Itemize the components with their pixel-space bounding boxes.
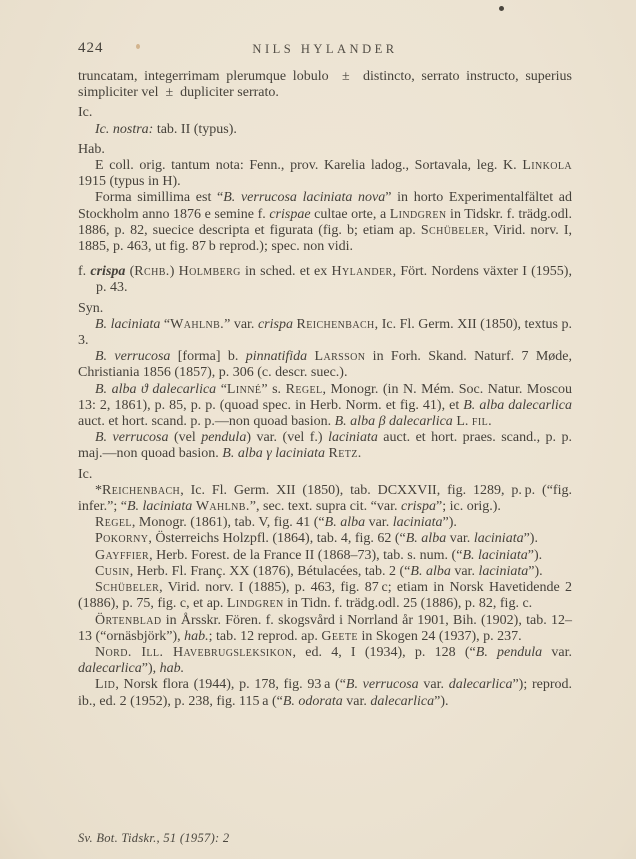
smallcaps-name: Wahlnb.	[196, 499, 250, 514]
smallcaps-name: Linkola	[522, 158, 572, 173]
smallcaps-name: Pokorny	[95, 531, 148, 546]
smallcaps-name: Schübeler	[421, 223, 485, 238]
italic-text: B. verrucosa	[95, 349, 170, 364]
italic-text: laciniata	[474, 531, 524, 546]
smallcaps-name: Regel	[95, 515, 132, 530]
italic-text: dalecarlica	[78, 661, 142, 676]
journal-footer: Sv. Bot. Tidskr., 51 (1957): 2	[78, 831, 229, 846]
smallcaps-name: Larsson	[315, 349, 366, 364]
smallcaps-name: Nord. Ill. Havebrugsleksikon	[95, 645, 293, 660]
text-run: , Herb. Forest. de la France II (1868–73…	[149, 548, 462, 563]
para-syn-verrucosa-laciniata: B. verrucosa (vel pendula) var. (vel f.)…	[78, 430, 572, 462]
italic-text: pendula	[201, 430, 246, 445]
page-header: 424 NILS HYLANDER	[78, 40, 572, 58]
para-ic-lid: Lid, Norsk flora (1944), p. 178, fig. 93…	[78, 677, 572, 709]
smallcaps-name: Retz.	[329, 446, 362, 461]
label-ic-2: Ic.	[78, 467, 572, 483]
text-run: var.	[446, 531, 474, 546]
smallcaps-name: Lindgren	[227, 596, 284, 611]
text-run: f.	[78, 264, 90, 279]
italic-text: B. alba β dalecarlica	[335, 414, 453, 429]
text-run: E coll. orig. tantum nota: Fenn., prov. …	[95, 158, 522, 173]
smallcaps-name: Hylander	[332, 264, 393, 279]
text-run: ”; ic. orig.).	[436, 499, 501, 514]
ink-speck	[499, 6, 504, 11]
text-run: , Norsk flora (1944), p. 178, fig. 93 a …	[115, 677, 346, 692]
italic-text: crispa	[401, 499, 436, 514]
smallcaps-name: Reichenbach	[102, 483, 180, 498]
text-run: )	[170, 264, 179, 279]
text-run: ”, sec. text. supra cit. “var.	[250, 499, 401, 514]
text-run: ”).	[528, 564, 542, 579]
text-run	[307, 349, 314, 364]
para-ic-pokorny: Pokorny, Österreichs Holzpfl. (1864), ta…	[78, 531, 572, 547]
text-run: tab. II (typus).	[153, 122, 237, 137]
italic-text: hab.	[184, 629, 209, 644]
text-run: , ed. 4, I (1934), p. 128 (“	[293, 645, 476, 660]
italic-text: B. laciniata	[95, 317, 160, 332]
para-ic-regel: Regel, Monogr. (1861), tab. V, fig. 41 (…	[78, 515, 572, 531]
text-run: ”).	[442, 515, 456, 530]
text-run: ; tab. 12 reprod. ap.	[209, 629, 322, 644]
italic-text: B. alba	[325, 515, 365, 530]
text-run: in Skogen 24 (1937), p. 237.	[358, 629, 522, 644]
label-hab: Hab.	[78, 142, 572, 158]
text-run: ”).	[434, 694, 448, 709]
italic-text: B. verrucosa laciniata nova	[223, 190, 385, 205]
text-run: (vel	[169, 430, 202, 445]
text-run: L.	[453, 414, 472, 429]
text-run: truncatam, integerrimam plerumque lobulo…	[78, 69, 572, 100]
italic-text: B. alba γ laciniata	[222, 446, 325, 461]
italic-text: B. laciniata	[127, 499, 192, 514]
text-run: Ic.	[78, 467, 92, 482]
smallcaps-name: Lid	[95, 677, 115, 692]
smallcaps-name: Linné	[227, 382, 261, 397]
italic-text: B. alba	[410, 564, 450, 579]
document-body: truncatam, integerrimam plerumque lobulo…	[78, 69, 572, 710]
italic-text: B. pendula	[476, 645, 542, 660]
smallcaps-name: Wahlnb.	[170, 317, 224, 332]
text-run: ” var.	[224, 317, 258, 332]
text-run: , Österreichs Holzpfl. (1864), tab. 4, f…	[148, 531, 405, 546]
smallcaps-name: Örtenblad	[95, 613, 161, 628]
text-run: var.	[542, 645, 572, 660]
text-run: in sched. et ex	[241, 264, 332, 279]
smallcaps-name: Reichenbach	[296, 317, 374, 332]
para-ic-cusin: Cusin, Herb. Fl. Franç. XX (1876), Bétul…	[78, 564, 572, 580]
smallcaps-name: Schübeler	[95, 580, 159, 595]
text-run: , Monogr. (1861), tab. V, fig. 41 (“	[132, 515, 325, 530]
text-run: ) var. (vel f.)	[246, 430, 328, 445]
para-syn-laciniata: B. laciniata “Wahlnb.” var. crispa Reich…	[78, 317, 572, 349]
para-ic-schubeler: Schübeler, Virid. norv. I (1885), p. 463…	[78, 580, 572, 612]
text-run: ”).	[528, 548, 542, 563]
italic-text: B. laciniata	[462, 548, 527, 563]
text-run: var.	[419, 677, 449, 692]
text-run: auct. et hort. scand. p. p.—non quoad ba…	[78, 414, 335, 429]
para-ic-havebrugsleksikon: Nord. Ill. Havebrugsleksikon, ed. 4, I (…	[78, 645, 572, 677]
smallcaps-name: Lindgren	[390, 207, 447, 222]
text-run: in Tidn. f. trädg.odl. 25 (1886), p. 82,…	[284, 596, 533, 611]
smallcaps-name: Cusin	[95, 564, 130, 579]
italic-text: B. alba ϑ dalecarlica	[95, 382, 216, 397]
smallcaps-name: Geete	[321, 629, 358, 644]
text-run: ”).	[524, 531, 538, 546]
italic-text: dalecarlica	[370, 694, 434, 709]
para-syn-verrucosa-pinnatifida: B. verrucosa [forma] b. pinnatifida Lars…	[78, 349, 572, 381]
smallcaps-name: fil.	[472, 414, 492, 429]
text-run: (	[125, 264, 134, 279]
para-truncatam: truncatam, integerrimam plerumque lobulo…	[78, 69, 572, 101]
italic-text: dalecarlica	[449, 677, 513, 692]
italic-text: B. alba dalecarlica	[463, 398, 572, 413]
italic-text: pinnatifida	[246, 349, 307, 364]
italic-text: crispae	[269, 207, 310, 222]
para-forma-simillima: Forma simillima est “B. verrucosa lacini…	[78, 190, 572, 255]
smallcaps-name: Regel	[286, 382, 323, 397]
text-run: *	[95, 483, 102, 498]
para-ic-nostra: Ic. nostra: tab. II (typus).	[78, 122, 572, 138]
para-e-coll: E coll. orig. tantum nota: Fenn., prov. …	[78, 158, 572, 190]
italic-text: crispa	[258, 317, 293, 332]
running-head: NILS HYLANDER	[78, 42, 572, 57]
smallcaps-name: Gayffier	[95, 548, 149, 563]
text-run: var.	[343, 694, 371, 709]
text-run: cultae orte, a	[311, 207, 390, 222]
scanned-journal-page: 424 NILS HYLANDER truncatam, integerrima…	[0, 0, 636, 859]
text-run: Forma simillima est “	[95, 190, 223, 205]
text-run: “	[160, 317, 170, 332]
text-run: var.	[451, 564, 479, 579]
italic-text: laciniata	[328, 430, 378, 445]
text-run: [forma] b.	[170, 349, 245, 364]
italic-text: B. alba	[406, 531, 446, 546]
text-run: ” s.	[261, 382, 285, 397]
text-run: , Herb. Fl. Franç. XX (1876), Bétulacées…	[130, 564, 411, 579]
text-run: ”),	[142, 661, 160, 676]
italic-text: B. verrucosa	[95, 430, 169, 445]
text-run: Ic.	[78, 105, 92, 120]
smallcaps-name: Rchb.	[134, 264, 169, 279]
para-ic-gayffier: Gayffier, Herb. Forest. de la France II …	[78, 548, 572, 564]
italic-text: B. verrucosa	[346, 677, 419, 692]
italic-text: Ic. nostra:	[95, 122, 153, 137]
text-run: var.	[365, 515, 393, 530]
para-ic-reichenbach: *Reichenbach, Ic. Fl. Germ. XII (1850), …	[78, 483, 572, 515]
text-run: 1915 (typus in H).	[78, 174, 181, 189]
italic-text: hab.	[160, 661, 185, 676]
italic-text: B. odorata	[283, 694, 343, 709]
para-syn-alba-dalecarlica: B. alba ϑ dalecarlica “Linné” s. Regel, …	[78, 382, 572, 431]
text-run: Syn.	[78, 301, 103, 316]
italic-text: laciniata	[393, 515, 443, 530]
smallcaps-name: Holmberg	[179, 264, 241, 279]
para-ic-ortenblad: Örtenblad in Årsskr. Fören. f. skogsvård…	[78, 613, 572, 645]
heading-f-crispa: f. crispa (Rchb.) Holmberg in sched. et …	[78, 264, 572, 296]
label-ic-1: Ic.	[78, 105, 572, 121]
text-run: Hab.	[78, 142, 105, 157]
text-run: “	[216, 382, 227, 397]
italic-text: laciniata	[478, 564, 528, 579]
bold-italic-epithet: crispa	[90, 264, 125, 279]
label-syn: Syn.	[78, 301, 572, 317]
